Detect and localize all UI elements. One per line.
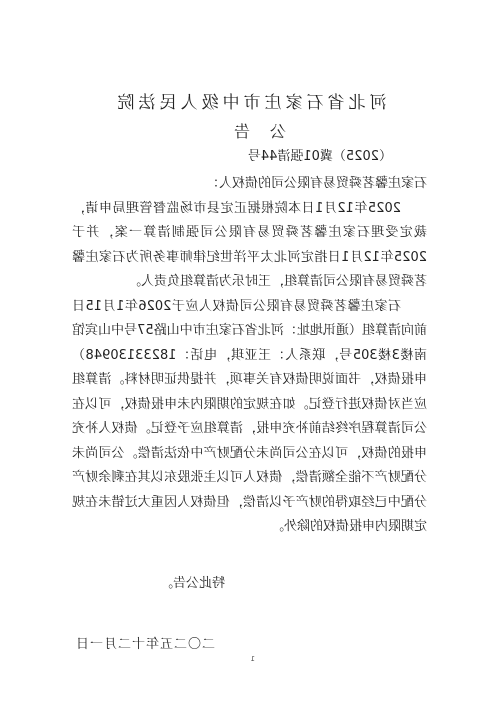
- salutation: 石家庄馨茗舜贸易有限公司的债权人：: [72, 172, 427, 197]
- paragraph-1: 2025年12月1日本院根据正定县市场监督管理局申请，裁定受理石家庄馨茗舜贸易有…: [72, 197, 427, 295]
- document-page: 河北省石家庄市中级人民法院 公告 （2025）冀01强清44号 石家庄馨茗舜贸易…: [0, 0, 500, 707]
- document-title: 公告: [0, 119, 500, 142]
- case-number: （2025）冀01强清44号: [248, 145, 392, 164]
- closing-text: 特此公告。: [0, 572, 500, 591]
- court-name: 河北省石家庄市中级人民法院: [0, 88, 500, 113]
- page-number: 1: [251, 655, 255, 663]
- document-body: 石家庄馨茗舜贸易有限公司的债权人： 2025年12月1日本院根据正定县市场监督管…: [72, 172, 427, 540]
- issue-date: 二〇二五年十二月一日: [0, 633, 500, 652]
- paragraph-2: 石家庄馨茗舜贸易有限公司债权人应于2026年1月15日前向清算组（通讯地址：河北…: [72, 295, 427, 540]
